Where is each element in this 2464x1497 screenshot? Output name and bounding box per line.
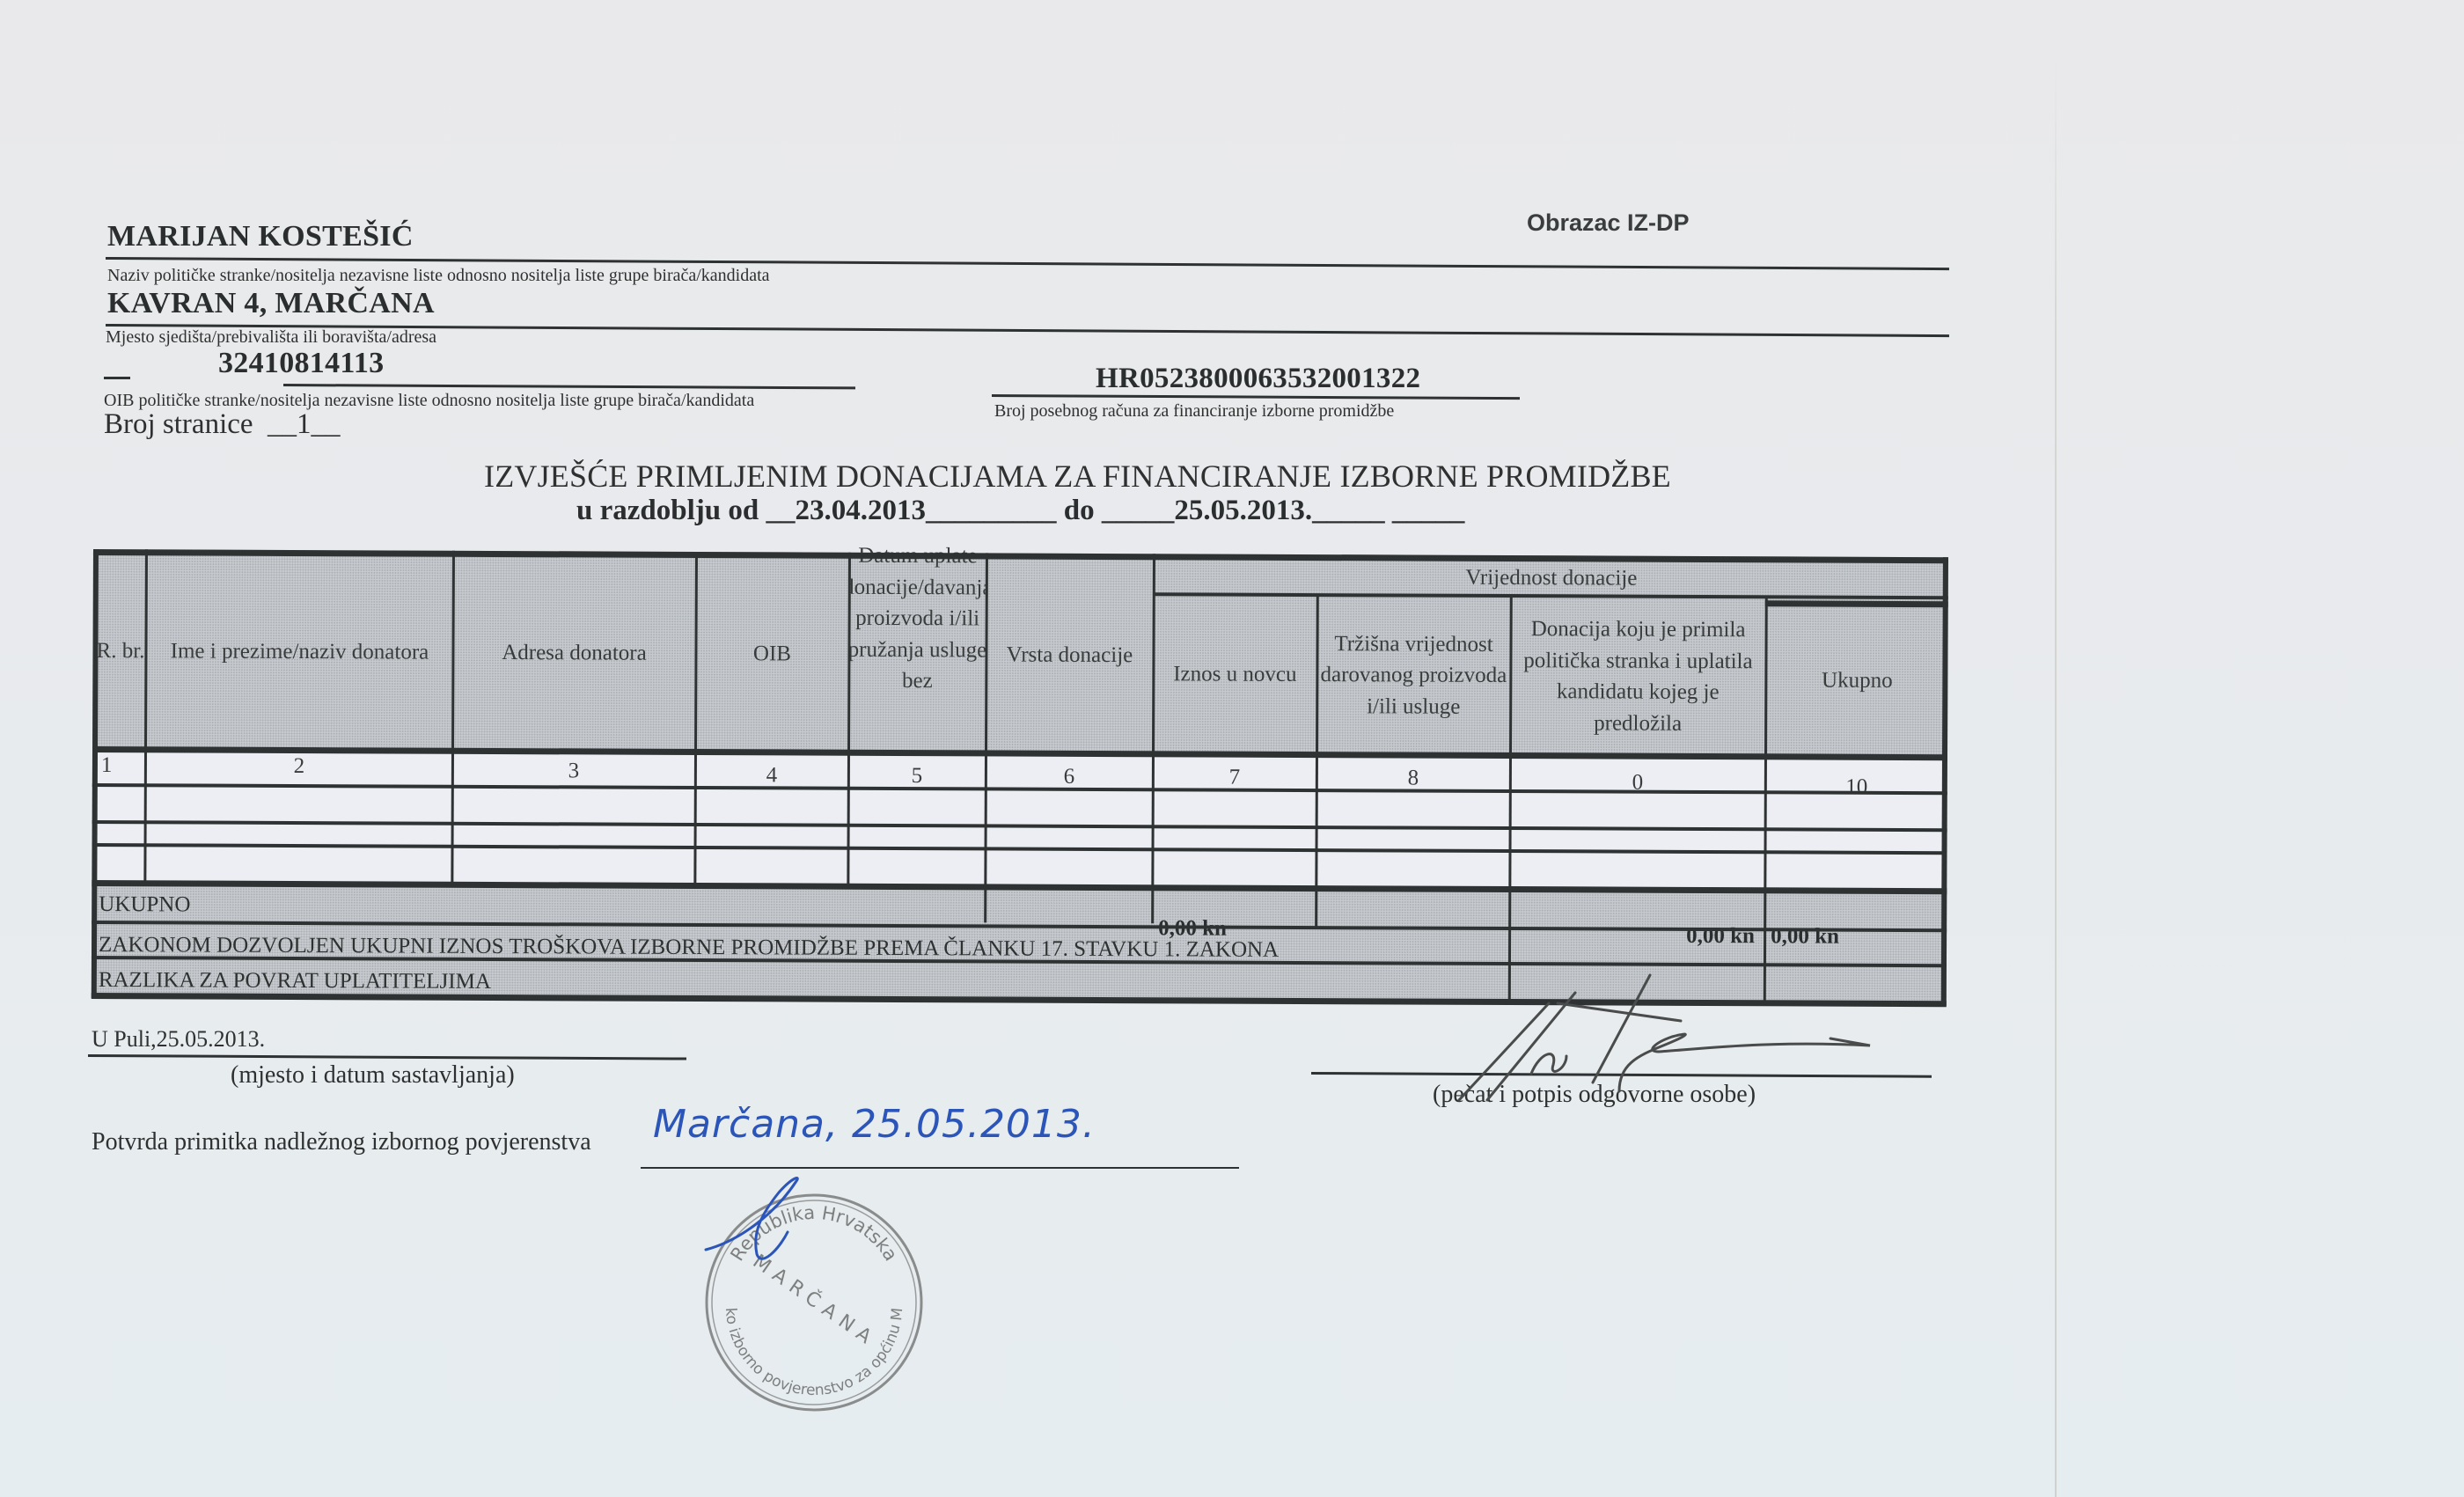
page-number-label: Broj stranice	[104, 408, 253, 440]
donations-table: R. br. Ime i prezime/naziv donatora Adre…	[92, 549, 1948, 1006]
report-title: IZVJEŠĆE PRIMLJENIM DONACIJAMA ZA FINANC…	[484, 458, 1671, 495]
address-caption: Mjesto sjedišta/prebivališta ili boraviš…	[106, 327, 436, 348]
party-name-caption: Naziv političke stranke/nositelja nezavi…	[107, 266, 770, 286]
period-from: 23.04.2013	[795, 495, 926, 526]
oib-value: 32410814113	[218, 347, 384, 380]
account-line	[992, 394, 1520, 400]
place-date-caption: (mjesto i datum sastavljanja)	[231, 1061, 515, 1090]
col-number-3: 3	[453, 755, 694, 788]
col-header-total: Ukupno	[1766, 607, 1948, 754]
col-header-oib: OIB	[696, 559, 848, 750]
period-prefix: u razdoblju od	[576, 495, 759, 526]
stamp-signature	[695, 1170, 836, 1276]
party-name-value: MARIJAN KOSTEŠIĆ	[107, 220, 414, 253]
address-value: KAVRAN 4, MARČANA	[107, 287, 435, 320]
total-header-divider	[1765, 600, 1948, 607]
table-border-right	[1941, 557, 1948, 1006]
oib-line	[283, 384, 855, 389]
col-number-1: 1	[96, 750, 144, 782]
col-header-rbr: R. br.	[96, 556, 145, 746]
col-header-type: Vrsta donacije	[986, 560, 1153, 751]
place-date-line	[88, 1054, 686, 1060]
scan-page-edge	[2055, 53, 2057, 1497]
col-header-cash: Iznos u novcu	[1154, 598, 1316, 752]
account-caption: Broj posebnog računa za financiranje izb…	[994, 401, 1394, 422]
col-number-2: 2	[147, 750, 451, 783]
col-header-donor-name: Ime i prezime/naziv donatora	[147, 556, 452, 748]
oib-line-left	[104, 377, 130, 379]
period-to: 25.05.2013.	[1174, 495, 1312, 526]
receipt-label: Potvrda primitka nadležnog izbornog povj…	[92, 1128, 591, 1156]
col-header-date-label: Datum uplate donacije/davanja proizvoda …	[849, 540, 986, 697]
col-header-date: Datum uplate donacije/davanja proizvoda …	[849, 540, 986, 761]
col-group-header-value: Vrijednost donacije	[1155, 561, 1948, 596]
report-period: u razdoblju od __23.04.2013_________ do …	[576, 495, 1464, 527]
col-header-donor-address: Adresa donatora	[453, 558, 695, 749]
summary-refund-label: RAZLIKA ZA POVRAT UPLATITELJIMA	[99, 968, 491, 994]
col-header-market-value: Tržišna vrijednost darovanog proizvoda i…	[1317, 598, 1510, 752]
form-code: Obrazac IZ-DP	[1527, 209, 1690, 237]
page-number-value: 1	[297, 408, 312, 440]
col-header-party-donation: Donacija koju je primila politička stran…	[1511, 599, 1765, 753]
receipt-handwritten: Marčana, 25.05.2013.	[653, 1102, 1096, 1147]
receipt-line	[641, 1167, 1239, 1169]
summary-total-label: UKUPNO	[99, 892, 190, 917]
page-number: Broj stranice __1__	[104, 408, 341, 441]
handwritten-signature	[1417, 968, 1892, 1109]
account-value: HR0523800063532001322	[1096, 363, 1420, 395]
period-mid: do	[1064, 495, 1095, 526]
place-date-value: U Puli,25.05.2013.	[92, 1026, 265, 1053]
